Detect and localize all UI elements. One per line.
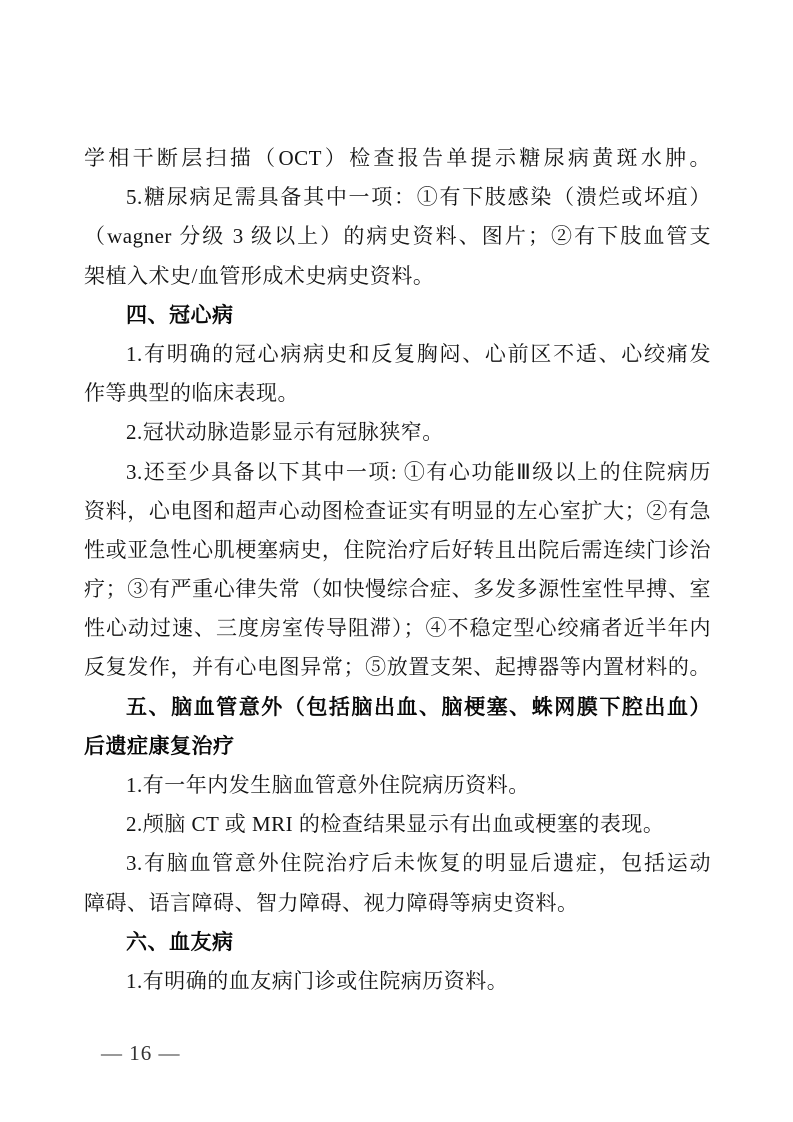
document-line: 疗；③有严重心律失常（如快慢综合症、多发多源性室性早搏、室 bbox=[84, 570, 711, 609]
document-line: 2.冠状动脉造影显示有冠脉狭窄。 bbox=[84, 413, 711, 452]
document-line: 学相干断层扫描（OCT）检查报告单提示糖尿病黄斑水肿。 bbox=[84, 139, 711, 178]
document-page: 学相干断层扫描（OCT）检查报告单提示糖尿病黄斑水肿。5.糖尿病足需具备其中一项… bbox=[0, 0, 793, 1122]
document-line: 3.有脑血管意外住院治疗后未恢复的明显后遗症，包括运动 bbox=[84, 844, 711, 883]
document-line: 性心动过速、三度房室传导阻滞）；④不稳定型心绞痛者近半年内 bbox=[84, 609, 711, 648]
heading-line: 后遗症康复治疗 bbox=[84, 727, 711, 766]
heading-line: 五、脑血管意外（包括脑出血、脑梗塞、蛛网膜下腔出血） bbox=[84, 688, 711, 727]
heading-line: 四、冠心病 bbox=[84, 296, 711, 335]
document-line: 作等典型的临床表现。 bbox=[84, 374, 711, 413]
document-line: （wagner 分级 3 级以上）的病史资料、图片；②有下肢血管支 bbox=[84, 217, 711, 256]
document-line: 3.还至少具备以下其中一项: ①有心功能Ⅲ级以上的住院病历 bbox=[84, 453, 711, 492]
document-line: 反复发作，并有心电图异常；⑤放置支架、起搏器等内置材料的。 bbox=[84, 648, 711, 687]
document-line: 1.有明确的血友病门诊或住院病历资料。 bbox=[84, 962, 711, 1001]
document-line: 5.糖尿病足需具备其中一项：①有下肢感染（溃烂或坏疽） bbox=[84, 178, 711, 217]
page-number: — 16 — bbox=[101, 1041, 181, 1066]
document-line: 架植入术史/血管形成术史病史资料。 bbox=[84, 257, 711, 296]
document-line: 2.颅脑 CT 或 MRI 的检查结果显示有出血或梗塞的表现。 bbox=[84, 805, 711, 844]
heading-line: 六、血友病 bbox=[84, 923, 711, 962]
document-line: 障碍、语言障碍、智力障碍、视力障碍等病史资料。 bbox=[84, 884, 711, 923]
document-line: 1.有明确的冠心病病史和反复胸闷、心前区不适、心绞痛发 bbox=[84, 335, 711, 374]
document-content: 学相干断层扫描（OCT）检查报告单提示糖尿病黄斑水肿。5.糖尿病足需具备其中一项… bbox=[84, 139, 711, 1001]
document-line: 1.有一年内发生脑血管意外住院病历资料。 bbox=[84, 766, 711, 805]
document-line: 性或亚急性心肌梗塞病史，住院治疗后好转且出院后需连续门诊治 bbox=[84, 531, 711, 570]
document-line: 资料，心电图和超声心动图检查证实有明显的左心室扩大；②有急 bbox=[84, 492, 711, 531]
